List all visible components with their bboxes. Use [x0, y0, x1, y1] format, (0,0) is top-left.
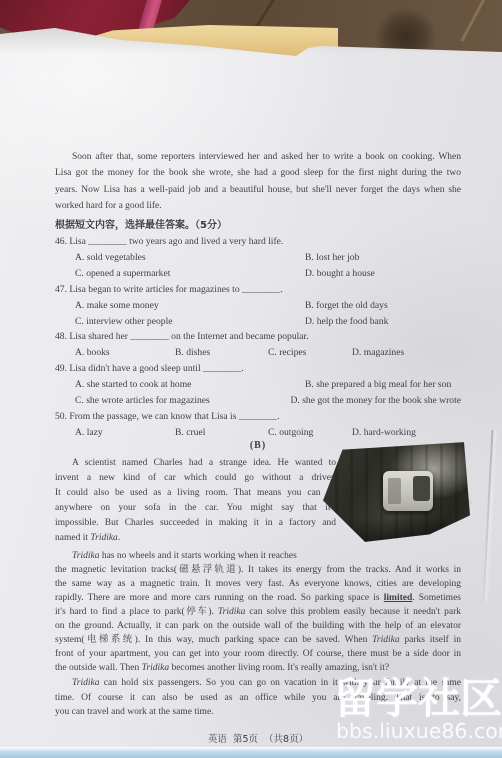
- passage-b-paragraph-2: Tridika has no wheels and it starts work…: [55, 549, 461, 675]
- passage-a-ending: Soon after that, some reporters intervie…: [55, 149, 461, 215]
- answer-option: B. forget the old days: [305, 298, 461, 314]
- question: 49. Lisa didn't have a good sleep until …: [55, 361, 461, 409]
- option-row: A. lazyB. cruelC. outgoingD. hard-workin…: [55, 425, 461, 441]
- answer-option: D. hard-working: [352, 425, 461, 441]
- answer-option: C. opened a supermarket: [75, 266, 305, 282]
- option-row: A. booksB. dishesC. recipesD. magazines: [55, 345, 461, 361]
- answer-option: B. cruel: [175, 425, 268, 441]
- text-line: Soon after that, some reporters intervie…: [55, 149, 461, 165]
- question: 46. Lisa ________ two years ago and live…: [55, 234, 461, 282]
- text-line: It could also be used as a living room. …: [55, 486, 336, 501]
- answer-option: D. magazines: [352, 345, 461, 361]
- answer-option: B. lost her job: [305, 250, 461, 266]
- answer-option: A. lazy: [75, 425, 175, 441]
- answer-option: D. she got the money for the book she wr…: [290, 393, 461, 409]
- text-line: named it Tridika.: [55, 531, 336, 546]
- question-stem: 47. Lisa began to write articles for mag…: [55, 282, 461, 298]
- passage-b-paragraph-1: A scientist named Charles had a strange …: [55, 456, 336, 545]
- vehicle-window: [413, 476, 430, 501]
- answer-option: D. help the food bank: [305, 314, 461, 330]
- text-line: anywhere on your sofa in the car. You mi…: [55, 501, 336, 516]
- bottom-blue-strip: [0, 747, 502, 758]
- text-line: it's hard to find a place to park(停车). T…: [55, 605, 461, 619]
- option-row: C. she wrote articles for magazinesD. sh…: [55, 393, 461, 409]
- tridika-photo: [320, 439, 470, 545]
- watermark-url: bbs.liuxue86.com: [336, 719, 502, 743]
- answer-option: C. recipes: [268, 345, 352, 361]
- text-line: Lisa got the money for the book she wrot…: [55, 165, 461, 181]
- answer-option: B. dishes: [175, 345, 268, 361]
- photo-scene: Soon after that, some reporters intervie…: [0, 0, 502, 758]
- questions-46-50: 46. Lisa ________ two years ago and live…: [55, 234, 461, 441]
- question-stem: 48. Lisa shared her ________ on the Inte…: [55, 329, 461, 345]
- text-line: years. Now Lisa has a well-paid job and …: [55, 182, 461, 198]
- text-line: impossible. But Charles succeeded in mak…: [55, 516, 336, 531]
- question-stem: 46. Lisa ________ two years ago and live…: [55, 234, 461, 250]
- text-line: the same way as a magnetic train. It mov…: [55, 577, 461, 591]
- question-stem: 49. Lisa didn't have a good sleep until …: [55, 361, 461, 377]
- text-line: worked hard for a good life.: [55, 198, 461, 214]
- paper-crease: [483, 430, 494, 602]
- text-line: front of your apartment, you can get int…: [55, 647, 461, 661]
- question: 48. Lisa shared her ________ on the Inte…: [55, 329, 461, 361]
- text-line: invent a new kind of car which could go …: [55, 471, 336, 486]
- photo-ground: [320, 517, 470, 545]
- option-row: A. make some moneyB. forget the old days: [55, 298, 461, 314]
- text-line: system(电梯系统). In this way, much parking …: [55, 633, 461, 647]
- answer-option: C. interview other people: [75, 314, 305, 330]
- question: 50. From the passage, we can know that L…: [55, 409, 461, 441]
- text-line: on the ground. Actually, it can park on …: [55, 619, 461, 633]
- answer-option: B. she prepared a big meal for her son: [305, 377, 461, 393]
- tridika-vehicle: [383, 471, 433, 511]
- answer-option: A. sold vegetables: [75, 250, 305, 266]
- text-line: A scientist named Charles had a strange …: [55, 456, 336, 471]
- option-row: C. interview other peopleD. help the foo…: [55, 314, 461, 330]
- option-row: A. she started to cook at homeB. she pre…: [55, 377, 461, 393]
- text-line: rapidly. There are more and more cars ru…: [55, 591, 461, 605]
- watermark-chinese: 留学社区: [334, 678, 502, 720]
- question-stem: 50. From the passage, we can know that L…: [55, 409, 461, 425]
- answer-option: A. she started to cook at home: [75, 377, 305, 393]
- vehicle-door: [388, 478, 401, 504]
- exam-paper: Soon after that, some reporters intervie…: [0, 0, 502, 758]
- answer-option: A. books: [75, 345, 175, 361]
- option-row: A. sold vegetablesB. lost her job: [55, 250, 461, 266]
- option-row: C. opened a supermarketD. bought a house: [55, 266, 461, 282]
- answer-option: D. bought a house: [305, 266, 461, 282]
- answer-option: C. she wrote articles for magazines: [75, 393, 290, 409]
- text-line: Tridika has no wheels and it starts work…: [55, 549, 461, 563]
- table-seam: [460, 0, 486, 42]
- text-line: the magnetic levitation tracks(磁悬浮轨道). I…: [55, 563, 461, 577]
- question: 47. Lisa began to write articles for mag…: [55, 282, 461, 330]
- answer-option: A. make some money: [75, 298, 305, 314]
- instruction-line: 根据短文内容，选择最佳答案。（5分）: [55, 216, 227, 231]
- answer-option: C. outgoing: [268, 425, 352, 441]
